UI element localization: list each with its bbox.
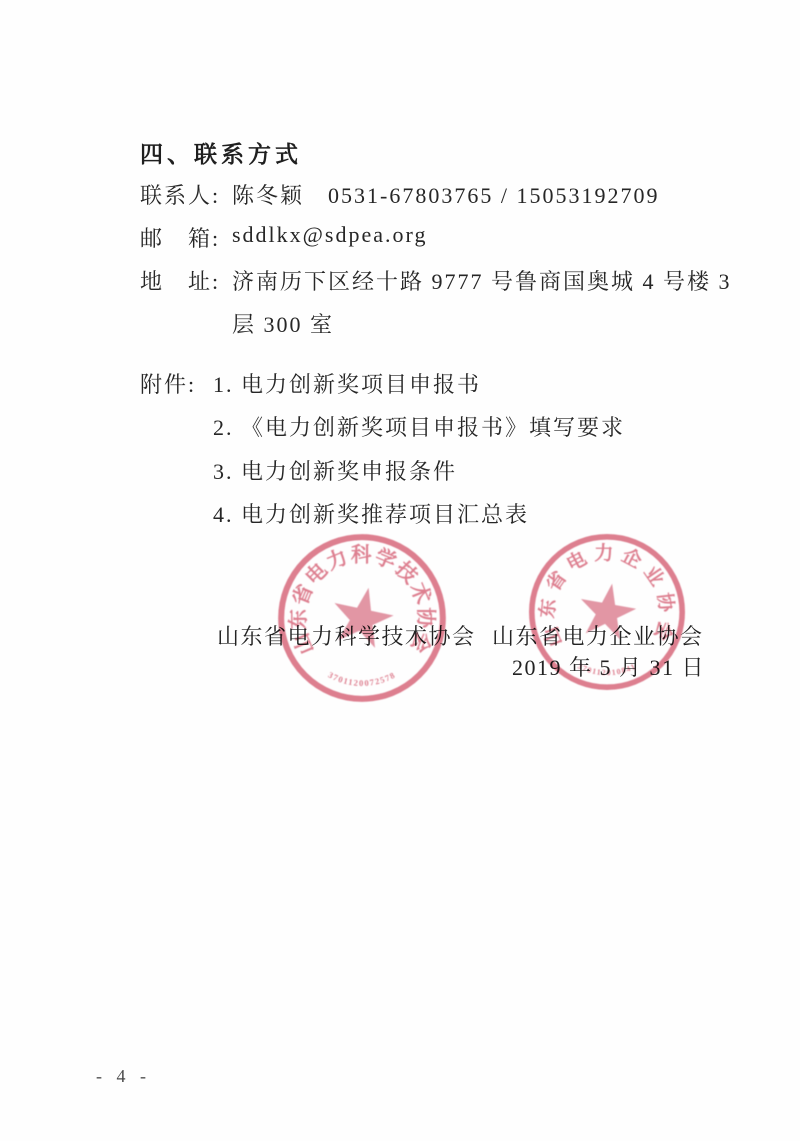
star-icon bbox=[327, 581, 398, 650]
contact-row-person: 联系人: 陈冬颖 0531-67803765 / 15053192709 bbox=[140, 179, 659, 210]
contact-label: 联系人: bbox=[140, 179, 232, 210]
attachments-row-4: 4. 电力创新奖推荐项目汇总表 bbox=[140, 498, 529, 529]
contact-label: 邮 箱: bbox=[140, 222, 232, 253]
star-icon bbox=[575, 579, 640, 641]
contact-value: 济南历下区经十路 9777 号鲁商国奥城 4 号楼 3 bbox=[232, 265, 732, 296]
contact-label bbox=[140, 308, 232, 339]
attachment-item: 2. 《电力创新奖项目申报书》填写要求 bbox=[213, 411, 625, 442]
attachments-row-2: 2. 《电力创新奖项目申报书》填写要求 bbox=[140, 411, 625, 442]
contact-value: 陈冬颖 0531-67803765 / 15053192709 bbox=[232, 179, 659, 210]
seal-serial: 3701120072578 bbox=[327, 670, 398, 688]
attachment-item: 3. 电力创新奖申报条件 bbox=[213, 455, 457, 486]
seal-serial: 370112010841 bbox=[576, 662, 637, 678]
seal-enterprise-association: 山东省电力企业协会 370112010841 bbox=[526, 532, 688, 692]
attachments-row-1: 附件: 1. 电力创新奖项目申报书 bbox=[140, 368, 481, 399]
seal-science-association: 山东省电力科学技术协会 3701120072578 bbox=[276, 531, 448, 705]
contact-value: sddlkx@sdpea.org bbox=[232, 222, 427, 253]
scanned-document-page: 四、联系方式 联系人: 陈冬颖 0531-67803765 / 15053192… bbox=[0, 0, 800, 1141]
attachments-label: 附件: bbox=[140, 368, 213, 399]
attachments-row-3: 3. 电力创新奖申报条件 bbox=[140, 455, 457, 486]
contact-row-address: 地 址: 济南历下区经十路 9777 号鲁商国奥城 4 号楼 3 bbox=[140, 265, 732, 296]
footer-page-number: - 4 - bbox=[96, 1066, 151, 1087]
section-heading: 四、联系方式 bbox=[140, 136, 302, 169]
attachment-item: 4. 电力创新奖推荐项目汇总表 bbox=[213, 498, 529, 529]
contact-value: 层 300 室 bbox=[232, 308, 334, 339]
attachment-item: 1. 电力创新奖项目申报书 bbox=[213, 368, 481, 399]
contact-label: 地 址: bbox=[140, 265, 232, 296]
contact-row-email: 邮 箱: sddlkx@sdpea.org bbox=[140, 222, 427, 253]
contact-row-address-cont: 层 300 室 bbox=[140, 308, 334, 339]
